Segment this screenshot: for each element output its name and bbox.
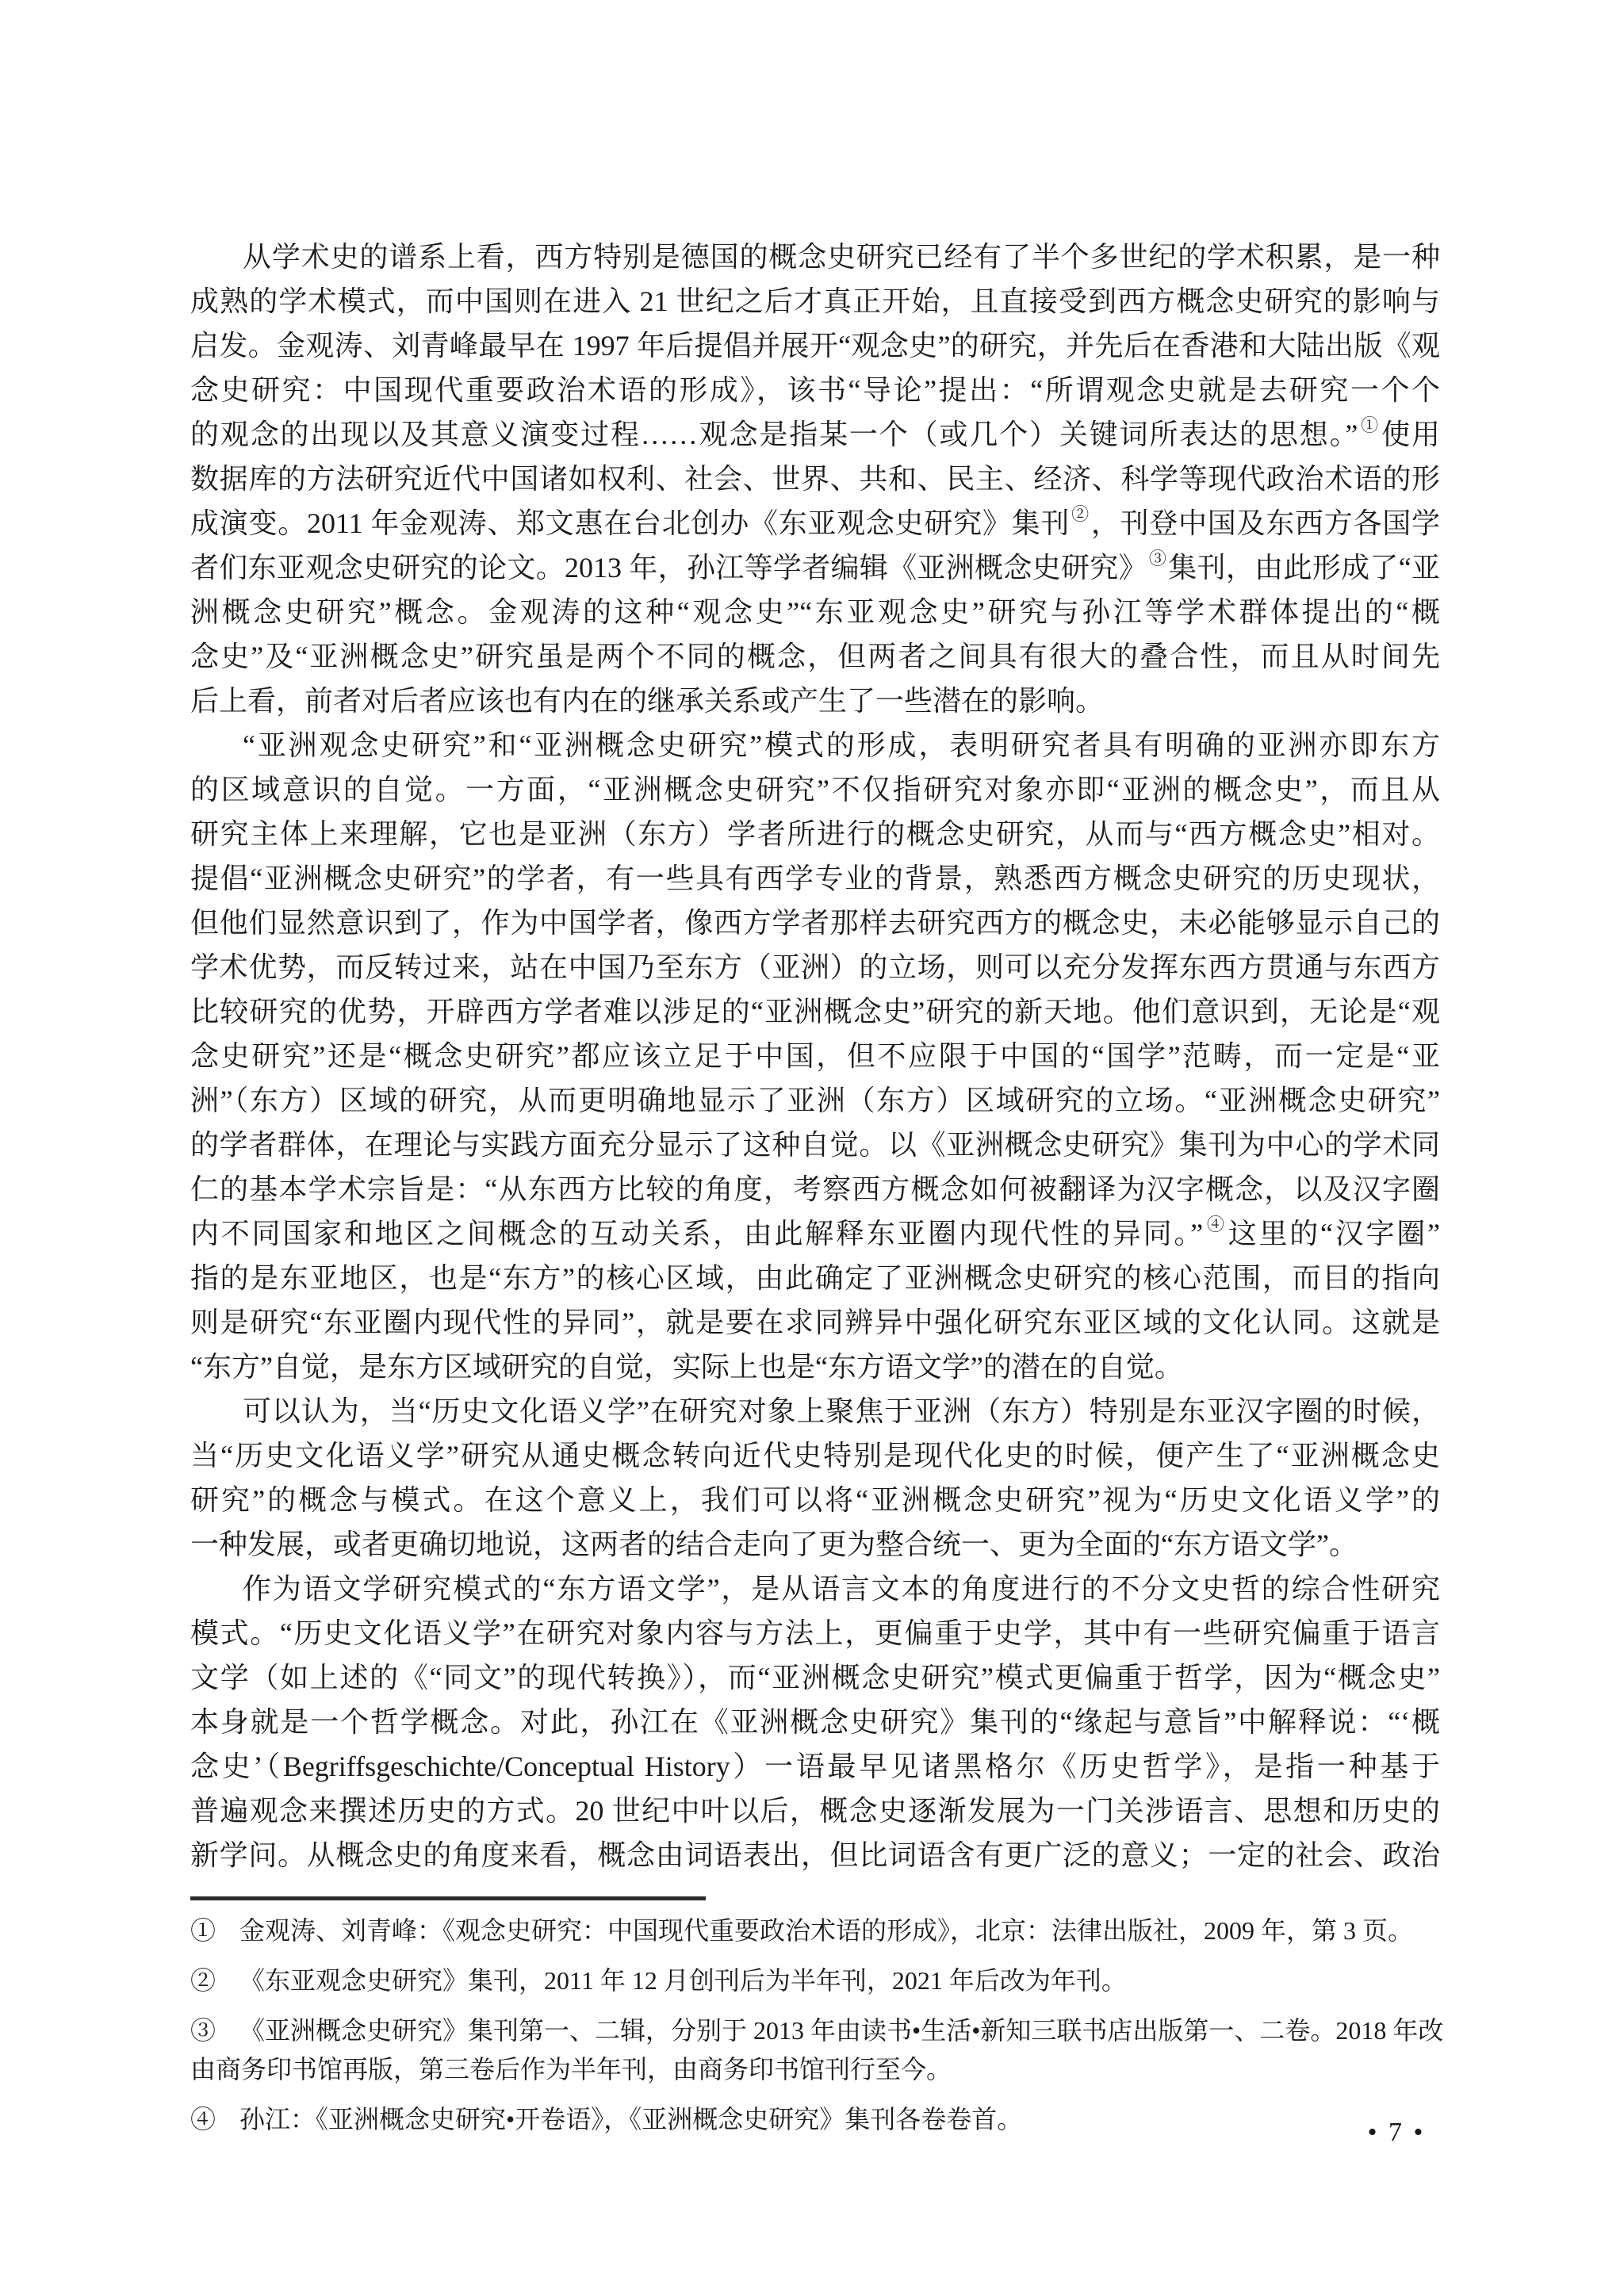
text-line: 内不同国家和地区之间概念的互动关系，由此解释东亚圈内现代性的异同。”④这里的“汉… [190,1211,1440,1256]
footnote-item: ①金观涛、刘青峰：《观念史研究：中国现代重要政治术语的形成》，北京：法律出版社，… [190,1911,1440,1950]
text-line: 的学者群体，在理论与实践方面充分显示了这种自觉。以《亚洲概念史研究》集刊为中心的… [190,1123,1440,1167]
text-line: 仁的基本学术宗旨是：“从东西方比较的角度，考察西方概念如何被翻译为汉字概念，以及… [190,1167,1440,1211]
footnote-marker: ② [190,1961,216,2000]
text-line: 从学术史的谱系上看，西方特别是德国的概念史研究已经有了半个多世纪的学术积累，是一… [190,235,1440,279]
text-line: 念史研究”还是“概念史研究”都应该立足于中国，但不应限于中国的“国学”范畴，而一… [190,1034,1440,1078]
text-line: 洲概念史研究”概念。金观涛的这种“观念史”“东亚观念史”研究与孙江等学术群体提出… [190,590,1440,634]
footnote-ref: ② [1070,504,1091,524]
text-line: 成演变。2011 年金观涛、郑文惠在台北创办《东亚观念史研究》集刊②，刊登中国及… [190,501,1440,545]
text-line: 后上看，前者对后者应该也有内在的继承关系或产生了一些潜在的影响。 [190,679,1440,723]
footnote-ref: ④ [1203,1215,1228,1234]
page-number: • 7 • [1353,2117,1440,2149]
text-line: 则是研究“东亚圈内现代性的异同”，就是要在求同辨异中强化研究东亚区域的文化认同。… [190,1300,1440,1345]
text-line: 但他们显然意识到了，作为中国学者，像西方学者那样去研究西方的概念史，未必能够显示… [190,901,1440,945]
footnote-ref: ① [1358,415,1381,435]
footnote-line: ③《亚洲概念史研究》集刊第一、二辑，分别于 2013 年由读书•生活•新知三联书… [190,2011,1440,2050]
text-line: 作为语文学研究模式的“东方语文学”，是从语言文本的角度进行的不分文史哲的综合性研… [190,1567,1440,1611]
text-line: 研究”的概念与模式。在这个意义上，我们可以将“亚洲概念史研究”视为“历史文化语义… [190,1478,1440,1522]
paragraph: 从学术史的谱系上看，西方特别是德国的概念史研究已经有了半个多世纪的学术积累，是一… [190,235,1440,723]
text-line: 念史”及“亚洲概念史”研究虽是两个不同的概念，但两者之间具有很大的叠合性，而且从… [190,634,1440,679]
text-line: 者们东亚观念史研究的论文。2013 年，孙江等学者编辑《亚洲概念史研究》③集刊，… [190,545,1440,590]
footnote-marker: ③ [190,2011,216,2050]
paragraph: 可以认为，当“历史文化语义学”在研究对象上聚焦于亚洲（东方）特别是东亚汉字圈的时… [190,1389,1440,1567]
text-line: 新学问。从概念史的角度来看，概念由词语表出，但比词语含有更广泛的意义；一定的社会… [190,1833,1440,1877]
text-line: “东方”自觉，是东方区域研究的自觉，实际上也是“东方语文学”的潜在的自觉。 [190,1345,1440,1389]
text-line: 可以认为，当“历史文化语义学”在研究对象上聚焦于亚洲（东方）特别是东亚汉字圈的时… [190,1389,1440,1433]
text-line: 念史研究：中国现代重要政治术语的形成》，该书“导论”提出：“所谓观念史就是去研究… [190,368,1440,412]
footnote-marker: ① [190,1911,216,1950]
footnotes: ①金观涛、刘青峰：《观念史研究：中国现代重要政治术语的形成》，北京：法律出版社，… [190,1911,1440,2139]
text-line: 洲”（东方）区域的研究，从而更明确地显示了亚洲（东方）区域研究的立场。“亚洲概念… [190,1078,1440,1123]
footnote-marker: ④ [190,2100,216,2139]
footnote-item: ③《亚洲概念史研究》集刊第一、二辑，分别于 2013 年由读书•生活•新知三联书… [190,2011,1440,2089]
document-page: 从学术史的谱系上看，西方特别是德国的概念史研究已经有了半个多世纪的学术积累，是一… [0,0,1624,2296]
text-line: 数据库的方法研究近代中国诸如权利、社会、世界、共和、民主、经济、科学等现代政治术… [190,457,1440,501]
footnote-line: ②《东亚观念史研究》集刊，2011 年 12 月创刊后为半年刊，2021 年后改… [190,1961,1440,2000]
paragraph: 作为语文学研究模式的“东方语文学”，是从语言文本的角度进行的不分文史哲的综合性研… [190,1567,1440,1877]
text-line: 模式。“历史文化语义学”在研究对象内容与方法上，更偏重于史学，其中有一些研究偏重… [190,1611,1440,1655]
text-line: 学术优势，而反转过来，站在中国乃至东方（亚洲）的立场，则可以充分发挥东西方贯通与… [190,945,1440,989]
text-line: 的观念的出现以及其意义演变过程……观念是指某一个（或几个）关键词所表达的思想。”… [190,412,1440,457]
text-line: “亚洲观念史研究”和“亚洲概念史研究”模式的形成，表明研究者具有明确的亚洲亦即东… [190,723,1440,767]
text-line: 研究主体上来理解，它也是亚洲（东方）学者所进行的概念史研究，从而与“西方概念史”… [190,812,1440,856]
text-line: 普遍观念来撰述历史的方式。20 世纪中叶以后，概念史逐渐发展为一门关涉语言、思想… [190,1789,1440,1833]
footnote-item: ②《东亚观念史研究》集刊，2011 年 12 月创刊后为半年刊，2021 年后改… [190,1961,1440,2000]
text-line: 成熟的学术模式，而中国则在进入 21 世纪之后才真正开始，且直接受到西方概念史研… [190,279,1440,323]
article-body: 从学术史的谱系上看，西方特别是德国的概念史研究已经有了半个多世纪的学术积累，是一… [190,235,1440,1877]
footnote-item: ④孙江：《亚洲概念史研究•开卷语》，《亚洲概念史研究》集刊各卷卷首。 [190,2100,1440,2139]
text-line: 本身就是一个哲学概念。对此，孙江在《亚洲概念史研究》集刊的“缘起与意旨”中解释说… [190,1700,1440,1744]
text-line: 指的是东亚地区，也是“东方”的核心区域，由此确定了亚洲概念史研究的核心范围，而目… [190,1256,1440,1300]
page-number-text: • 7 • [1368,2118,1426,2147]
footnote-divider [190,1896,706,1900]
paragraph: “亚洲观念史研究”和“亚洲概念史研究”模式的形成，表明研究者具有明确的亚洲亦即东… [190,723,1440,1389]
text-line: 比较研究的优势，开辟西方学者难以涉足的“亚洲概念史”研究的新天地。他们意识到，无… [190,989,1440,1034]
footnote-line: ④孙江：《亚洲概念史研究•开卷语》，《亚洲概念史研究》集刊各卷卷首。 [190,2100,1440,2139]
text-line: 的区域意识的自觉。一方面，“亚洲概念史研究”不仅指研究对象亦即“亚洲的概念史”，… [190,767,1440,812]
footnote-line: ①金观涛、刘青峰：《观念史研究：中国现代重要政治术语的形成》，北京：法律出版社，… [190,1911,1440,1950]
text-line: 提倡“亚洲概念史研究”的学者，有一些具有西学专业的背景，熟悉西方概念史研究的历史… [190,856,1440,901]
footnote-line: 由商务印书馆再版，第三卷后作为半年刊，由商务印书馆刊行至今。 [190,2050,1440,2089]
text-line: 念史’（Begriffsgeschichte/Conceptual Histor… [190,1744,1440,1789]
page-content: 从学术史的谱系上看，西方特别是德国的概念史研究已经有了半个多世纪的学术积累，是一… [190,235,1440,2139]
footnote-ref: ③ [1147,549,1168,568]
text-line: 一种发展，或者更确切地说，这两者的结合走向了更为整合统一、更为全面的“东方语文学… [190,1522,1440,1567]
text-line: 启发。金观涛、刘青峰最早在 1997 年后提倡并展开“观念史”的研究，并先后在香… [190,323,1440,368]
text-line: 文学（如上述的《“同文”的现代转换》），而“亚洲概念史研究”模式更偏重于哲学，因… [190,1655,1440,1700]
text-line: 当“历史文化语义学”研究从通史概念转向近代史特别是现代化史的时候，便产生了“亚洲… [190,1433,1440,1478]
